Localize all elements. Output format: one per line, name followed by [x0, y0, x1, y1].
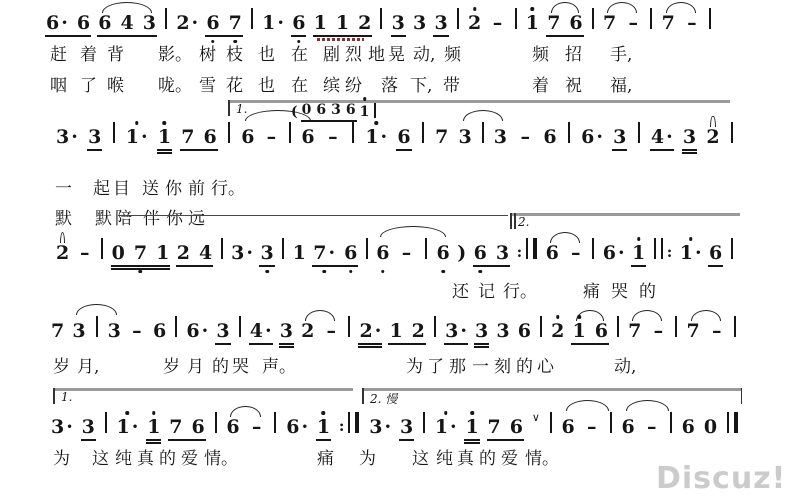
note-group: 3·: [50, 418, 74, 441]
note-group: 33: [458, 122, 508, 151]
barline: [101, 238, 103, 259]
lyric-syllable: 真: [137, 444, 154, 469]
note-token: 7: [169, 418, 182, 437]
note-group: [364, 238, 370, 267]
barline: [105, 412, 107, 433]
octave-dot-above: [152, 411, 156, 415]
note-group: 76: [168, 418, 205, 441]
slur-arc: [626, 400, 669, 411]
note-token: 3: [496, 322, 509, 341]
dash-note: –: [517, 128, 533, 147]
note-group: 67: [205, 14, 242, 37]
lyric-syllable: 目: [113, 174, 130, 199]
note-token: 3·: [51, 418, 73, 437]
note-token: 6: [316, 102, 326, 118]
note-group: :: [338, 412, 362, 441]
lyric-syllable: 起: [93, 174, 110, 199]
note-token: 2: [412, 322, 425, 341]
barline: [675, 316, 677, 337]
note-token: 1·: [365, 128, 387, 147]
volta-line: [53, 388, 353, 391]
note-group: [648, 8, 654, 37]
note-token: 6: [595, 322, 608, 341]
discuz-watermark: Discuz!: [656, 461, 786, 496]
note-group: 3·: [368, 418, 392, 441]
note-token: 3: [108, 322, 121, 341]
note-group: [378, 8, 384, 37]
lyric-syllable: 的: [516, 352, 533, 377]
note-group: 1·: [364, 128, 388, 151]
note-token: 6·: [186, 322, 208, 341]
note-group: [346, 316, 352, 345]
barline: [592, 238, 594, 259]
barline: [113, 122, 115, 143]
note-token: 2: [177, 244, 190, 263]
barline: [289, 122, 291, 143]
lyric-syllable: 的: [159, 444, 176, 469]
lyric-syllable: 你: [165, 174, 182, 199]
lyric-syllable: 的: [639, 277, 656, 302]
note-group: 1·: [261, 14, 285, 37]
note-group: 6·: [602, 244, 626, 267]
note-group: [455, 8, 461, 37]
note-token: 2: [468, 14, 481, 33]
note-group: 6–6: [240, 122, 315, 151]
note-token: 3: [88, 128, 101, 147]
lyric-syllable: 纷: [345, 71, 362, 96]
note-group: [272, 412, 278, 441]
barline: [515, 8, 517, 29]
note-token: 3: [72, 322, 85, 341]
repeat-end-barline: :: [339, 412, 361, 437]
note-group: ∨: [531, 412, 541, 441]
lyric-syllable: 影。: [158, 40, 192, 65]
lyric-syllable: 行。: [211, 174, 245, 199]
volta-line: [510, 213, 740, 216]
note-group: 643: [97, 14, 157, 37]
note-group: ): [456, 244, 467, 267]
note-token: 4·: [250, 322, 272, 341]
note-group: [615, 316, 621, 345]
lyric-syllable: 真: [457, 444, 474, 469]
lyric-syllable: 前: [188, 174, 205, 199]
lyric-syllable: 了: [80, 71, 97, 96]
note-token: 7: [229, 14, 242, 33]
note-token: 6: [518, 322, 531, 341]
note-token: 3: [280, 322, 293, 341]
lyric-syllable: 喉: [107, 71, 124, 96]
note-token: 1·: [262, 14, 284, 33]
note-token: 1: [465, 418, 478, 437]
barline: [215, 412, 217, 433]
note-group: [432, 316, 438, 345]
note-token: 6: [346, 102, 356, 118]
note-token: 3: [82, 418, 95, 437]
note-group: 3: [433, 14, 448, 37]
lyric-syllable: 晃: [388, 40, 405, 65]
augmentation-dot: ·: [192, 12, 199, 34]
lyric-syllable: 你: [166, 204, 183, 229]
barline: [533, 238, 537, 259]
lyric-syllable: 着: [80, 40, 97, 65]
note-group: [173, 316, 179, 345]
note-token: 2: [56, 244, 69, 263]
note-token: 3·: [56, 128, 78, 147]
note-token: 3: [400, 418, 413, 437]
note-token: 4: [121, 14, 134, 33]
lyric-syllable: 福,: [610, 71, 632, 96]
note-group: 1: [359, 104, 371, 122]
note-token: 6: [543, 128, 556, 147]
note-token: 6: [376, 244, 389, 263]
augmentation-dot: ·: [265, 320, 272, 342]
barline: [380, 8, 382, 29]
volta-bracket-1: 1.(06361: [228, 100, 730, 103]
note-group: 6–: [545, 244, 585, 267]
note-group: [538, 316, 544, 345]
note-token: 6·: [603, 244, 625, 263]
octave-dot-above: [577, 315, 581, 319]
lyric-syllable: 哭: [611, 277, 628, 302]
note-group: 6: [542, 128, 557, 151]
barline: [550, 412, 552, 433]
note-group: 6: [708, 244, 723, 267]
note-token: 1·: [126, 128, 148, 147]
note-token: 6: [569, 14, 582, 33]
note-token: 6: [546, 244, 559, 263]
note-token: 6: [301, 128, 314, 147]
dash-note: –: [489, 14, 505, 33]
note-token: 6: [191, 418, 204, 437]
barline: [540, 316, 542, 337]
note-group: 3: [259, 244, 274, 267]
note-group: 1·: [434, 418, 458, 441]
note-token: 6: [562, 418, 575, 437]
note-group: 4·: [650, 128, 674, 151]
lyric-syllable: 陪: [115, 204, 132, 229]
octave-dot-above: [556, 315, 560, 319]
note-group: [725, 412, 740, 441]
lyric-syllable: 赶: [50, 40, 67, 65]
note-group: 6–6: [375, 238, 450, 267]
note-token: 6: [682, 418, 695, 437]
lyric-syllable: 雪: [199, 71, 216, 96]
octave-dot-above: [689, 237, 693, 241]
lyric-syllable: 为: [359, 444, 376, 469]
barline: [366, 238, 368, 259]
lyric-syllable: 爱: [181, 444, 198, 469]
sheet-music-page: 6·66432·671·61123332–1767–7–赶着背影。树枝也在剧烈地…: [0, 0, 786, 502]
dash-note: –: [584, 418, 600, 437]
barline: [355, 412, 359, 433]
lyric-syllable: 手,: [610, 40, 632, 65]
augmentation-dot: ·: [246, 242, 253, 264]
lyric-syllable: 哭: [232, 352, 249, 377]
volta-tick: [228, 100, 230, 116]
repeat-start-barline: :: [653, 238, 673, 263]
octave-dot-above: [637, 237, 641, 241]
note-group: 2: [467, 14, 482, 37]
lyric-syllable: 心: [537, 352, 554, 377]
dash-note: –: [650, 322, 666, 341]
note-token: 7: [51, 322, 64, 341]
note-group: 1: [631, 244, 646, 267]
note-token: 7: [435, 128, 448, 147]
dash-note: –: [568, 244, 584, 263]
note-token: 1: [632, 244, 645, 263]
note-group: 76: [546, 14, 583, 37]
note-group: 3: [682, 128, 697, 151]
note-group: [673, 316, 679, 345]
note-group: 3: [391, 14, 406, 37]
note-group: 6·: [580, 128, 604, 151]
augmentation-dot: ·: [375, 320, 382, 342]
lyric-syllable: 咙。: [158, 71, 192, 96]
slur-arc: [463, 110, 503, 121]
note-token: 3: [683, 128, 696, 147]
note-token: 1·: [435, 418, 457, 437]
note-token: 6·: [581, 128, 603, 147]
barline: [434, 316, 436, 337]
note-group: 2: [705, 128, 720, 151]
note-token: 6: [397, 128, 410, 147]
note-group: [732, 316, 738, 345]
note-group: 2–: [300, 322, 340, 345]
dash-note: –: [77, 244, 93, 263]
note-group: 3: [279, 322, 294, 345]
note-token: 7: [181, 128, 194, 147]
dash-note: –: [249, 418, 265, 437]
lyric-syllable: 刻: [494, 352, 511, 377]
note-token: 1: [158, 128, 171, 147]
note-group: [590, 238, 596, 267]
note-group: [163, 8, 169, 37]
note-token: 1: [572, 322, 585, 341]
octave-dot-below: [265, 270, 269, 274]
lyric-syllable: 动,: [413, 40, 435, 65]
lyric-syllable: 落: [381, 71, 398, 96]
note-group: 2·: [358, 322, 382, 345]
volta-tick: [510, 213, 512, 229]
augmentation-dot: ·: [695, 242, 702, 264]
note-token: 1: [360, 104, 370, 120]
note-token: 6: [98, 14, 111, 33]
note-token: 7: [488, 418, 501, 437]
note-token: 2: [358, 14, 371, 33]
volta-tick: [741, 388, 743, 404]
octave-dot-below: [479, 270, 483, 274]
note-group: [280, 238, 286, 267]
note-group: 7·6: [312, 244, 358, 267]
note-token: 6: [622, 418, 635, 437]
barline: [457, 8, 459, 29]
note-group: 3·: [230, 244, 254, 267]
note-group: [219, 238, 225, 267]
final-barline: [726, 412, 739, 437]
barline: [734, 412, 738, 433]
lyric-syllable: 着: [532, 71, 549, 96]
barline: [423, 412, 425, 433]
lyric-syllable: 痛: [583, 277, 600, 302]
note-group: 6–: [225, 418, 265, 441]
lyric-syllable: 默: [95, 204, 112, 229]
barline: [348, 412, 350, 433]
augmentation-dot: ·: [141, 126, 148, 148]
note-group: 60: [681, 418, 718, 441]
lyric-syllable: 送: [142, 174, 159, 199]
octave-dot-below: [381, 270, 385, 274]
note-token: (: [291, 104, 298, 120]
barline: [568, 122, 570, 143]
barline: [348, 316, 350, 337]
note-group: 1·: [125, 128, 149, 151]
lyric-syllable: 地: [368, 40, 385, 65]
lyric-syllable: 月: [187, 352, 204, 377]
lyric-syllable: 树: [199, 40, 216, 65]
note-token: ): [457, 244, 466, 263]
barline: [727, 412, 729, 433]
note-token: 6: [153, 322, 166, 341]
volta-tick: [514, 213, 516, 229]
note-token: 7·: [313, 244, 335, 263]
lyric-syllable: 远: [188, 204, 205, 229]
note-group: 3: [474, 322, 489, 345]
augmentation-dot: ·: [132, 416, 139, 438]
barline: [482, 122, 484, 143]
note-token: 6: [709, 244, 722, 263]
lyric-syllable: 纯: [115, 444, 132, 469]
lyric-syllable: 岁: [163, 352, 180, 377]
barline: [670, 412, 672, 433]
note-group: 6: [291, 14, 306, 37]
lyric-syllable: 动,: [614, 352, 636, 377]
augmentation-dot: ·: [666, 126, 673, 148]
note-group: –: [128, 322, 146, 345]
dash-note: –: [325, 128, 341, 147]
note-group: 3: [399, 418, 414, 441]
note-group: 1: [157, 128, 172, 151]
note-group: [590, 8, 596, 37]
barline: [731, 122, 733, 143]
note-group: [729, 238, 735, 267]
octave-dot-above: [363, 97, 367, 101]
note-group: 2: [550, 322, 565, 345]
note-token: 7: [662, 14, 675, 33]
volta-bracket-5: 2. 慢: [362, 388, 742, 391]
lyric-syllable: 为: [53, 444, 70, 469]
note-group: 1: [316, 418, 331, 441]
note-group: :: [516, 238, 540, 267]
note-token: 3: [392, 14, 405, 33]
barline: [617, 316, 619, 337]
slur-arc: [566, 400, 609, 411]
volta-bracket-2: [118, 215, 508, 216]
octave-dot-below: [322, 270, 326, 274]
note-token: 4·: [651, 128, 673, 147]
repeat-end-barline: :: [517, 238, 539, 263]
lyric-syllable: 痛: [317, 444, 334, 469]
note-group: [111, 122, 117, 151]
note-group: 6: [517, 322, 532, 345]
note-token: 7: [547, 14, 560, 33]
barline: [425, 238, 427, 259]
note-group: [350, 122, 356, 151]
barline: [175, 316, 177, 337]
volta-tick: [362, 388, 364, 404]
barline: [526, 238, 528, 259]
augmentation-dot: ·: [66, 416, 73, 438]
dash-note: –: [625, 14, 641, 33]
note-token: 6·: [286, 418, 308, 437]
notation-line-1: 6·66432·671·61123332–1767–7–: [45, 8, 713, 37]
note-group: 6·6: [45, 14, 91, 37]
note-token: 1: [156, 244, 169, 263]
note-group: 0636: [301, 102, 357, 122]
notation-line-4: 733–66·34·32–2·123·3362167–7–: [50, 316, 738, 345]
lyric-syllable: 情。: [525, 444, 559, 469]
notation-line-5: 3·31·1766–6·1:3·31·176∨6–6–60: [50, 412, 740, 441]
note-token: 2·: [359, 322, 381, 341]
lyric-syllable: 背: [107, 40, 124, 65]
note-token: 6: [226, 418, 239, 437]
dash-note: –: [399, 244, 415, 263]
pickup-annotation: (06361: [290, 102, 378, 122]
note-token: 1: [314, 14, 327, 33]
note-token: 2·: [176, 14, 198, 33]
note-token: 6: [344, 244, 357, 263]
dash-note: –: [644, 418, 660, 437]
slur-arc: [76, 304, 116, 315]
lyric-syllable: 的: [212, 352, 229, 377]
lyric-syllable: 带: [443, 71, 460, 96]
note-group: 071: [111, 244, 171, 267]
barline: [661, 238, 663, 259]
lyric-syllable: 的: [479, 444, 496, 469]
note-group: 63: [473, 244, 510, 267]
note-token: 6: [474, 244, 487, 263]
note-group: –: [516, 128, 534, 151]
barline: [228, 122, 230, 143]
lyric-syllable: 岁: [53, 352, 70, 377]
augmentation-dot: ·: [329, 242, 336, 264]
barline: [650, 8, 652, 29]
lyric-syllable: 行。: [503, 277, 537, 302]
note-token: 3: [613, 128, 626, 147]
lyric-syllable: 纯: [436, 444, 453, 469]
note-group: [99, 238, 105, 267]
octave-dot-above: [135, 121, 139, 125]
volta-line: [118, 215, 508, 216]
lyric-syllable: 还: [452, 277, 469, 302]
note-token: 6: [241, 128, 254, 147]
note-token: 1: [389, 322, 402, 341]
lyric-syllable: 爱: [501, 444, 518, 469]
note-token: 6: [437, 244, 450, 263]
volta-label: 2. 慢: [370, 390, 397, 407]
note-group: [103, 412, 109, 441]
rest-note: 0: [302, 102, 312, 118]
note-group: 3: [612, 128, 627, 151]
note-group: 4·: [249, 322, 273, 345]
note-group: 24: [176, 244, 213, 267]
note-token: 1: [293, 244, 306, 263]
lyric-syllable: 伴: [143, 204, 160, 229]
barline: [654, 238, 656, 259]
lyric-syllable: 为: [406, 352, 423, 377]
note-group: 3: [412, 14, 427, 37]
note-group: 6: [152, 322, 167, 345]
octave-dot-above: [473, 7, 477, 11]
